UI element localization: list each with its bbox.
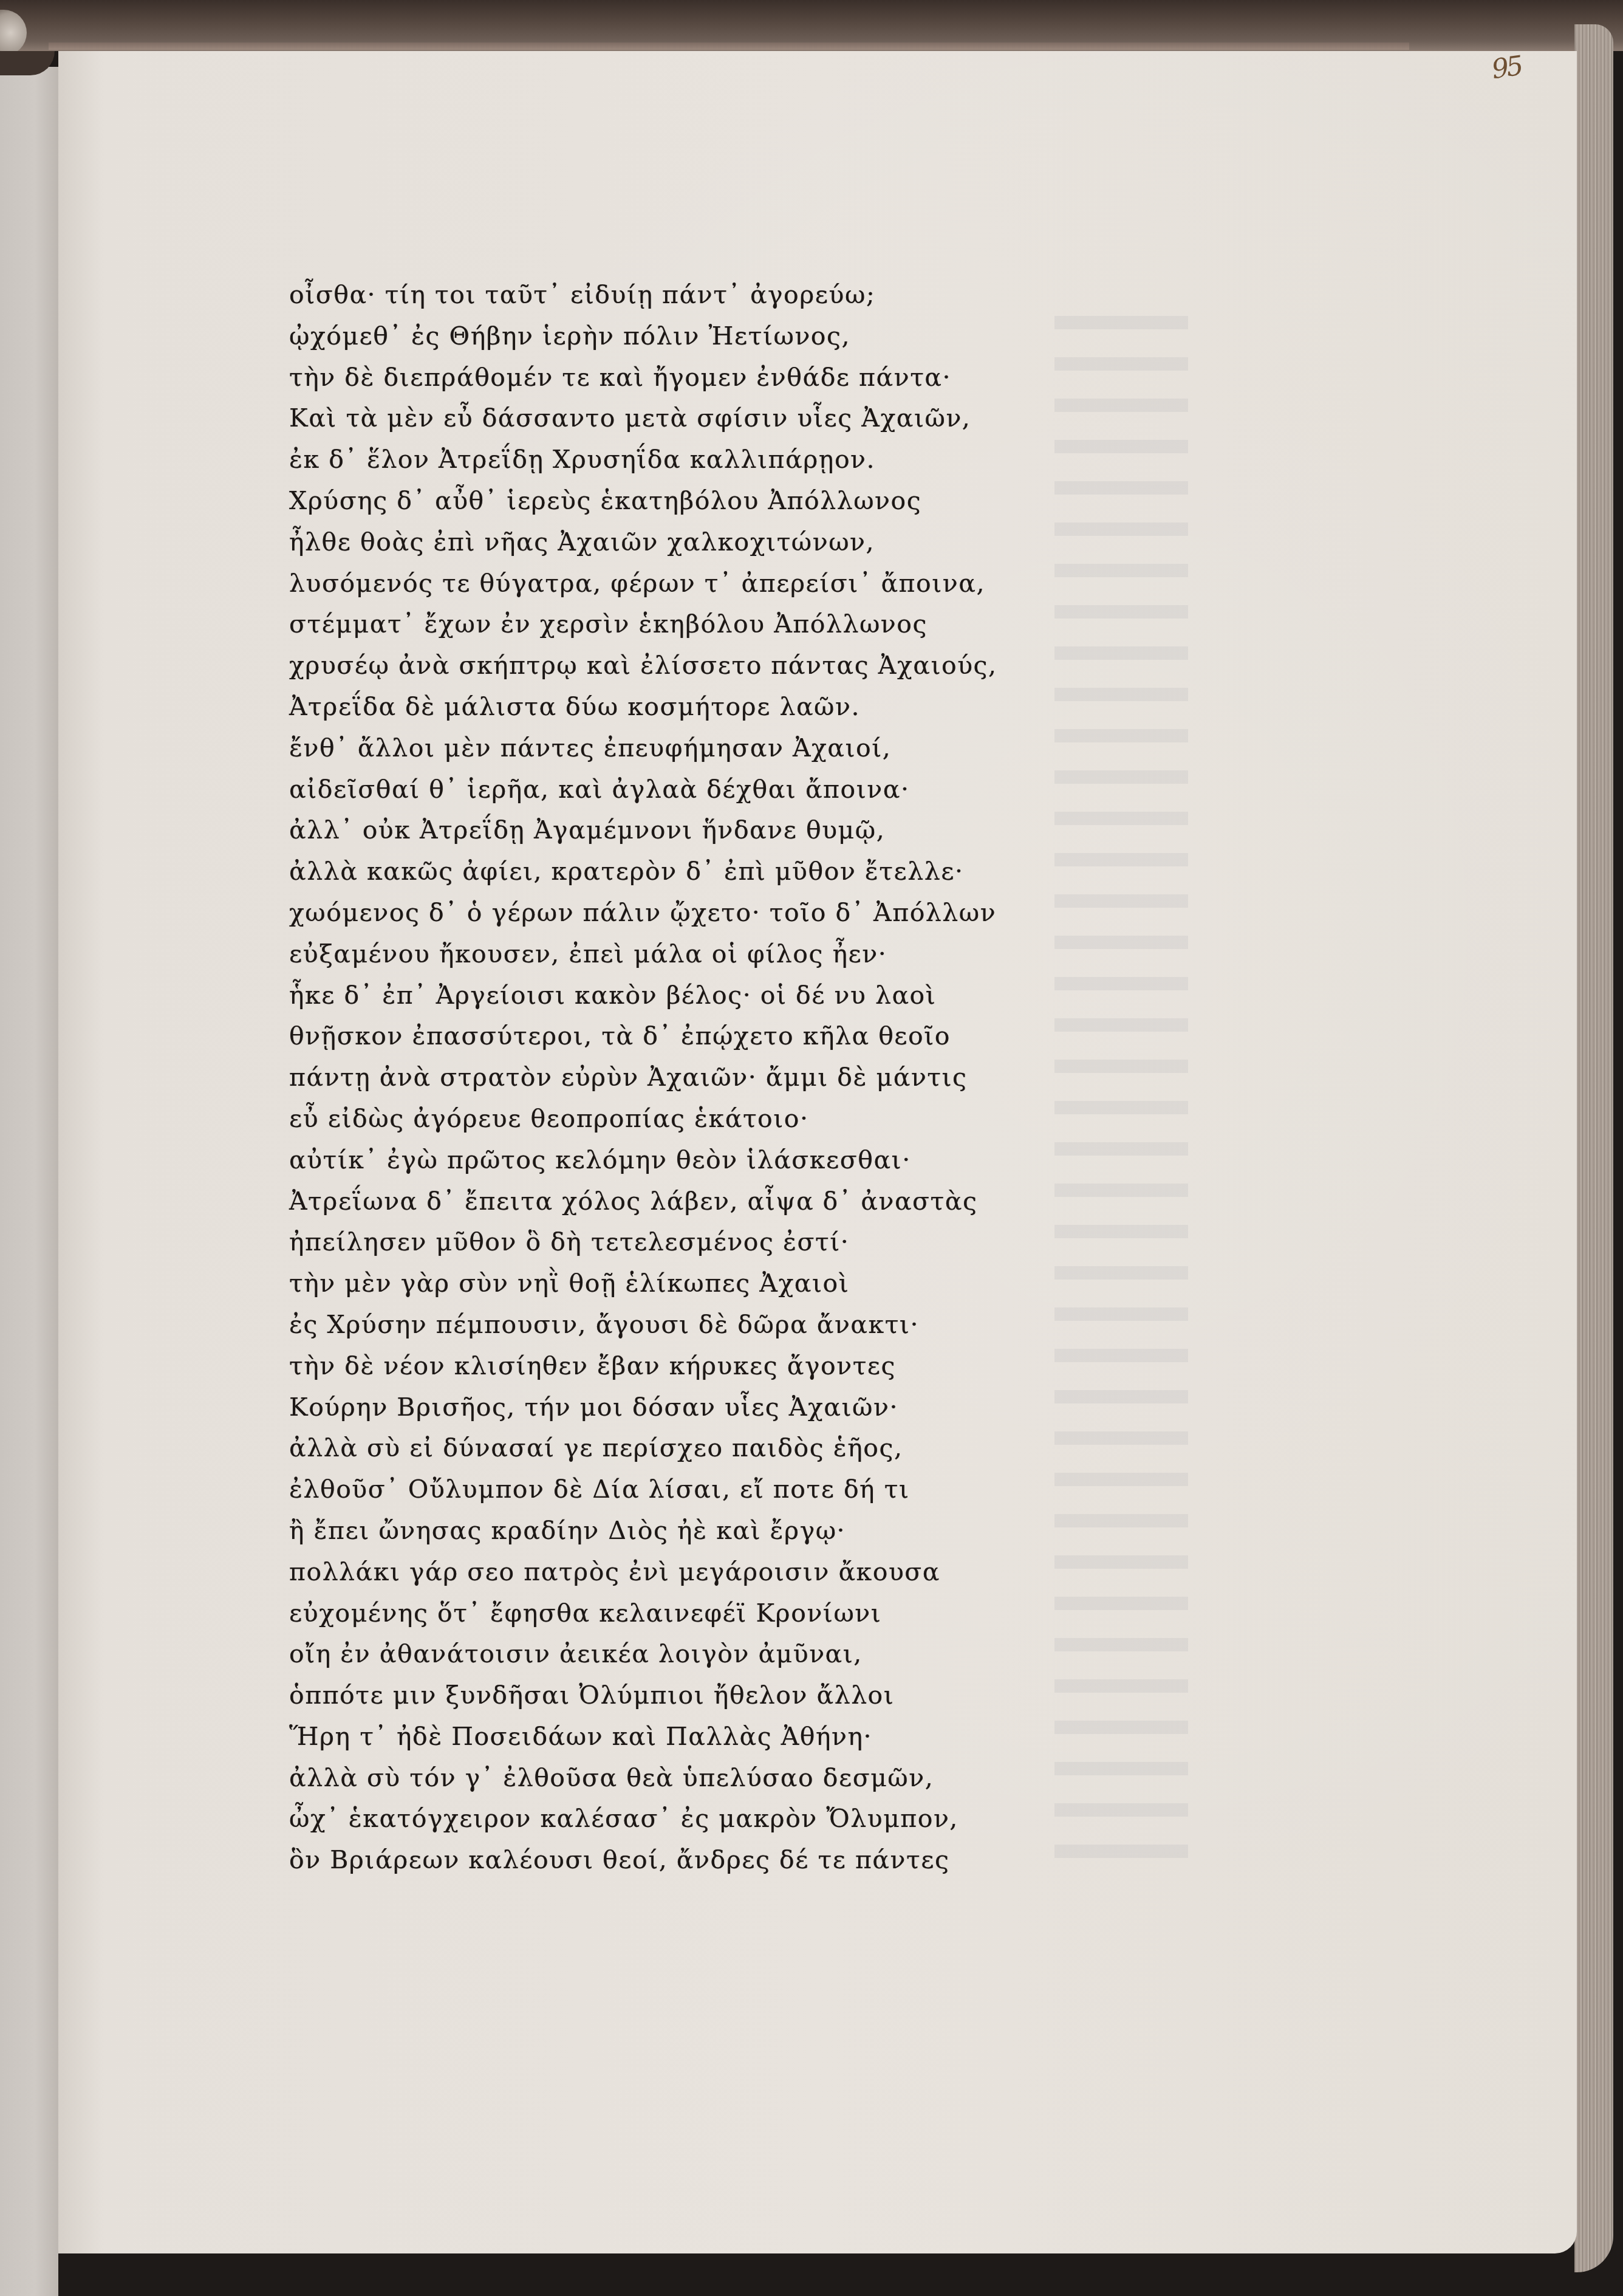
verse-line: θνῇσκον ἐπασσύτεροι, τὰ δ᾽ ἐπῴχετο κῆλα … <box>289 1016 1030 1057</box>
verse-line: αὐτίκ᾽ ἐγὼ πρῶτος κελόμην θεὸν ἱλάσκεσθα… <box>289 1140 1030 1181</box>
verse-line: οἶσθα· τίη τοι ταῦτ᾽ εἰδυίῃ πάντ᾽ ἀγορεύ… <box>289 275 1030 316</box>
greek-text-block: οἶσθα· τίη τοι ταῦτ᾽ εἰδυίῃ πάντ᾽ ἀγορεύ… <box>289 275 1030 1881</box>
verse-line: ἀλλ᾽ οὐκ Ἀτρεΐδῃ Ἀγαμέμνονι ἥνδανε θυμῷ, <box>289 810 1030 851</box>
verse-line: Ἀτρεΐδα δὲ μάλιστα δύω κοσμήτορε λαῶν. <box>289 687 1030 728</box>
verse-line: χωόμενος δ᾽ ὁ γέρων πάλιν ᾤχετο· τοῖο δ᾽… <box>289 893 1030 934</box>
verse-line: ἐκ δ᾽ ἕλον Ἀτρεΐδῃ Χρυσηΐδα καλλιπάρῃον. <box>289 439 1030 481</box>
verse-line: στέμματ᾽ ἔχων ἐν χερσὶν ἑκηβόλου Ἀπόλλων… <box>289 604 1030 645</box>
book-scan: 95 οἶσθα· τίη τοι ταῦτ᾽ εἰδυίῃ πάντ᾽ ἀγο… <box>0 0 1623 2296</box>
verse-line: πολλάκι γάρ σεο πατρὸς ἐνὶ μεγάροισιν ἄκ… <box>289 1552 1030 1593</box>
verse-line: πάντῃ ἀνὰ στρατὸν εὐρὺν Ἀχαιῶν· ἄμμι δὲ … <box>289 1057 1030 1098</box>
verse-line: οἴη ἐν ἀθανάτοισιν ἀεικέα λοιγὸν ἀμῦναι, <box>289 1634 1030 1675</box>
facing-page-edge <box>0 67 58 2296</box>
verse-line: ἧκε δ᾽ ἐπ᾽ Ἀργείοισι κακὸν βέλος· οἱ δέ … <box>289 975 1030 1016</box>
verse-line: ὦχ᾽ ἑκατόγχειρον καλέσασ᾽ ἐς μακρὸν Ὄλυμ… <box>289 1798 1030 1840</box>
verse-line: Ἀτρεΐωνα δ᾽ ἔπειτα χόλος λάβεν, αἶψα δ᾽ … <box>289 1181 1030 1222</box>
verse-line: ἢ ἔπει ὤνησας κραδίην Διὸς ἠὲ καὶ ἔργῳ· <box>289 1510 1030 1552</box>
verse-line: ἐλθοῦσ᾽ Οὔλυμπον δὲ Δία λίσαι, εἴ ποτε δ… <box>289 1469 1030 1510</box>
verse-line: ὃν Βριάρεων καλέουσι θεοί, ἄνδρες δέ τε … <box>289 1840 1030 1881</box>
verse-line: ὁππότε μιν ξυνδῆσαι Ὀλύμπιοι ἤθελον ἄλλο… <box>289 1675 1030 1716</box>
page-top-edge <box>49 43 1409 50</box>
verse-line: Καὶ τὰ μὲν εὖ δάσσαντο μετὰ σφίσιν υἷες … <box>289 398 1030 439</box>
verso-show-through <box>1054 294 1188 1874</box>
verse-line: αἰδεῖσθαί θ᾽ ἱερῆα, καὶ ἀγλαὰ δέχθαι ἄπο… <box>289 769 1030 810</box>
verse-line: ἦλθε θοὰς ἐπὶ νῆας Ἀχαιῶν χαλκοχιτώνων, <box>289 522 1030 563</box>
verse-line: ἔνθ᾽ ἄλλοι μὲν πάντες ἐπευφήμησαν Ἀχαιοί… <box>289 728 1030 769</box>
verse-line: ἀλλὰ σὺ εἰ δύνασαί γε περίσχεο παιδὸς ἑῆ… <box>289 1428 1030 1469</box>
verse-line: ἐς Χρύσην πέμπουσιν, ἄγουσι δὲ δῶρα ἄνακ… <box>289 1304 1030 1346</box>
verse-line: τὴν μὲν γὰρ σὺν νηῒ θοῇ ἑλίκωπες Ἀχαιοὶ <box>289 1263 1030 1304</box>
verse-line: ἀλλὰ σὺ τόν γ᾽ ἐλθοῦσα θεὰ ὑπελύσαο δεσμ… <box>289 1758 1030 1799</box>
verse-line: Ἥρη τ᾽ ἠδὲ Ποσειδάων καὶ Παλλὰς Ἀθήνη· <box>289 1716 1030 1758</box>
verse-line: εὐξαμένου ἤκουσεν, ἐπεὶ μάλα οἱ φίλος ἦε… <box>289 934 1030 975</box>
verse-line: λυσόμενός τε θύγατρα, φέρων τ᾽ ἀπερείσι᾽… <box>289 563 1030 605</box>
folio-number: 95 <box>1490 50 1523 85</box>
verse-line: εὐχομένης ὅτ᾽ ἔφησθα κελαινεφέϊ Κρονίωνι <box>289 1593 1030 1634</box>
verse-line: ᾠχόμεθ᾽ ἐς Θήβην ἱερὴν πόλιν Ἠετίωνος, <box>289 316 1030 357</box>
verse-line: Χρύσης δ᾽ αὖθ᾽ ἱερεὺς ἑκατηβόλου Ἀπόλλων… <box>289 481 1030 522</box>
verse-line: τὴν δὲ νέον κλισίηθεν ἔβαν κήρυκες ἄγοντ… <box>289 1346 1030 1387</box>
verse-line: εὖ εἰδὼς ἀγόρευε θεοπροπίας ἑκάτοιο· <box>289 1098 1030 1140</box>
verse-line: ἠπείλησεν μῦθον ὃ δὴ τετελεσμένος ἐστί· <box>289 1222 1030 1263</box>
page-stack-edge <box>1574 24 1613 2272</box>
verse-line: τὴν δὲ διεπράθομέν τε καὶ ἤγομεν ἐνθάδε … <box>289 357 1030 399</box>
verse-line: Κούρην Βρισῆος, τήν μοι δόσαν υἷες Ἀχαιῶ… <box>289 1387 1030 1428</box>
verse-line: χρυσέῳ ἀνὰ σκήπτρῳ καὶ ἐλίσσετο πάντας Ἀ… <box>289 645 1030 687</box>
verse-line: ἀλλὰ κακῶς ἀφίει, κρατερὸν δ᾽ ἐπὶ μῦθον … <box>289 851 1030 893</box>
